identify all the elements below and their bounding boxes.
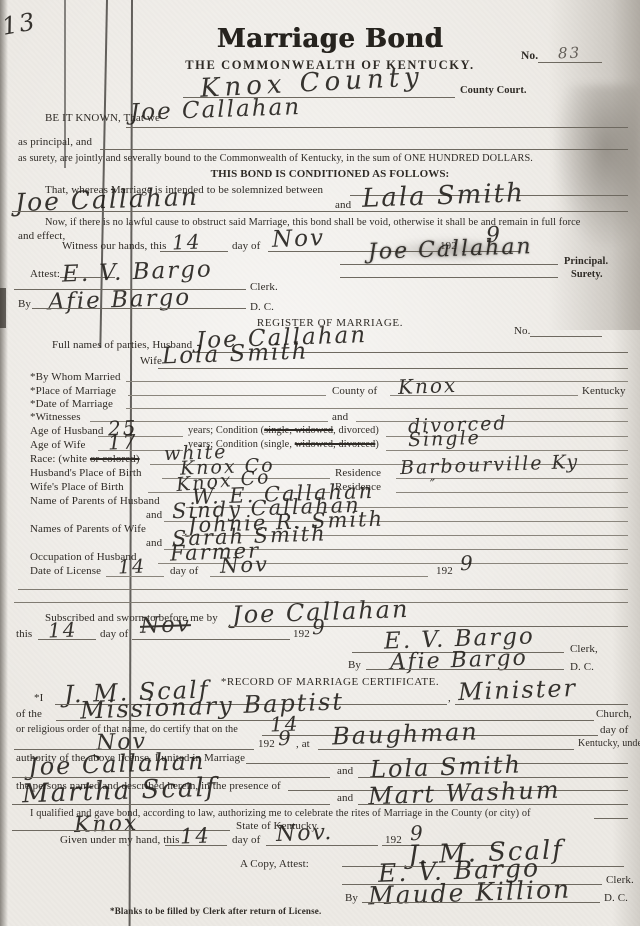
bond-no-value: 83 bbox=[558, 44, 582, 63]
given-month-written: Nov. bbox=[276, 820, 334, 847]
cert-deputy-signature: Maude Killion bbox=[368, 874, 572, 910]
cert-year-written: 9 bbox=[278, 726, 294, 750]
condition-struck: single, widowed bbox=[264, 425, 333, 436]
kentucky-label: Kentucky bbox=[582, 385, 626, 397]
given-clause: Given under my hand, this bbox=[60, 834, 180, 846]
scan-artifact bbox=[0, 0, 8, 926]
copy-attest-label: A Copy, Attest: bbox=[240, 858, 309, 870]
clerk-signature: E. V. Bargo bbox=[62, 256, 214, 287]
residence-label: Residence bbox=[335, 467, 381, 479]
underline bbox=[12, 804, 330, 805]
underline bbox=[106, 576, 164, 577]
witness-month-written: Nov bbox=[272, 225, 326, 253]
by-label: By bbox=[345, 892, 358, 904]
at-label: , at bbox=[296, 738, 310, 750]
race-prefix: Race: (white bbox=[30, 453, 90, 465]
principal-label: Principal. bbox=[564, 256, 608, 267]
of-the-label: of the bbox=[16, 708, 42, 720]
underline bbox=[362, 902, 600, 903]
underline bbox=[165, 845, 227, 846]
day-of-label: day of bbox=[170, 565, 198, 577]
license-label: Date of License bbox=[30, 565, 101, 577]
license-year-written: 9 bbox=[460, 551, 476, 575]
certificate-heading: *RECORD OF MARRIAGE CERTIFICATE. bbox=[180, 676, 480, 688]
underline bbox=[340, 264, 558, 265]
sworn-year-written: 9 bbox=[312, 615, 328, 639]
underline bbox=[390, 395, 578, 396]
register-no-label: No. bbox=[514, 325, 531, 337]
attest-label: Attest: bbox=[30, 268, 60, 280]
underline bbox=[132, 639, 290, 640]
date-of-marriage-label: *Date of Marriage bbox=[30, 398, 113, 410]
clerk-label: Clerk, bbox=[570, 643, 598, 655]
underline bbox=[340, 277, 558, 278]
church-label: Church, bbox=[596, 708, 632, 720]
day-of-label: day of bbox=[600, 724, 628, 736]
conditioned-heading: THIS BOND IS CONDITIONED AS FOLLOWS: bbox=[180, 168, 480, 180]
witness2-written: Mart Washum bbox=[368, 776, 561, 811]
cert-place-written: Baughman bbox=[332, 717, 480, 750]
witnesses-label: *Witnesses bbox=[30, 411, 81, 423]
underline bbox=[12, 211, 628, 212]
minister-title-written: Minister bbox=[458, 674, 578, 706]
underline bbox=[358, 804, 628, 805]
condition-prefix: years; Condition ( bbox=[188, 425, 264, 436]
age-husband-label: Age of Husband bbox=[30, 425, 104, 437]
underline bbox=[126, 381, 628, 382]
corner-note: 13 bbox=[0, 7, 39, 41]
wife-label: Wife bbox=[140, 355, 162, 367]
section-divider bbox=[18, 589, 628, 590]
by-label: By bbox=[18, 298, 31, 310]
day-of-label: day of bbox=[232, 834, 260, 846]
underline bbox=[266, 845, 378, 846]
year-prefix: 192 bbox=[258, 738, 275, 750]
clerk-label: Clerk. bbox=[606, 874, 634, 886]
and-label: and bbox=[146, 537, 162, 549]
license-month-written: Nov bbox=[220, 552, 270, 578]
race-label: Race: (white or colored) bbox=[30, 453, 140, 465]
deputy-signature: Afie Bargo bbox=[48, 285, 192, 316]
underline bbox=[210, 576, 428, 577]
condition-rest: ) bbox=[375, 439, 379, 450]
underline bbox=[38, 639, 96, 640]
by-label: By bbox=[348, 659, 361, 671]
bond-no-label: No. bbox=[521, 50, 538, 62]
i-label: *I bbox=[34, 692, 43, 704]
year-prefix: 192 bbox=[293, 628, 310, 640]
and-effect-label: and effect, bbox=[18, 230, 65, 242]
wife-residence-ditto: ″ bbox=[430, 477, 438, 493]
underline bbox=[594, 818, 628, 819]
surety-clause: as surety, are jointly and severally bou… bbox=[18, 153, 533, 164]
county-of-label: County of bbox=[332, 385, 377, 397]
underline bbox=[538, 62, 602, 63]
year-prefix: 192 bbox=[436, 565, 453, 577]
underline bbox=[366, 669, 564, 670]
wife-birth-label: Wife's Place of Birth bbox=[30, 481, 124, 493]
underline bbox=[126, 408, 628, 409]
underline bbox=[100, 149, 628, 150]
and-label: and bbox=[337, 765, 353, 777]
condition-struck: widowed, divorced bbox=[295, 439, 376, 450]
and-label: and bbox=[335, 199, 351, 211]
and-label: and bbox=[146, 509, 162, 521]
underline bbox=[396, 492, 628, 493]
and-label: and bbox=[337, 792, 353, 804]
husband-condition-label: years; Condition (single, widowed, divor… bbox=[188, 425, 379, 436]
race-struck: or colored) bbox=[90, 453, 140, 465]
clerk-label: Clerk. bbox=[250, 281, 278, 293]
parents-husband-label: Name of Parents of Husband bbox=[30, 495, 160, 507]
day-of-label: day of bbox=[100, 628, 128, 640]
dc-label: D. C. bbox=[570, 661, 594, 673]
age-wife-label: Age of Wife bbox=[30, 439, 85, 451]
underline bbox=[318, 749, 574, 750]
footnote: *Blanks to be filled by Clerk after retu… bbox=[110, 906, 321, 916]
surety-label: Surety. bbox=[571, 269, 603, 280]
principal-name-written: Joe Callahan bbox=[130, 94, 302, 126]
underline bbox=[530, 336, 602, 337]
underline bbox=[128, 395, 326, 396]
parents-wife-label: Names of Parents of Wife bbox=[30, 523, 146, 535]
bride-written: Lala Smith bbox=[362, 178, 526, 214]
and-label: and bbox=[332, 411, 348, 423]
underline bbox=[126, 127, 628, 128]
dc-label: D. C. bbox=[604, 892, 628, 904]
underline bbox=[56, 720, 594, 721]
page-title: Marriage Bond bbox=[180, 24, 480, 54]
scanned-marriage-bond-document: 13 Marriage Bond THE COMMONWEALTH OF KEN… bbox=[0, 0, 640, 926]
scan-artifact bbox=[612, 0, 640, 926]
by-whom-married-label: *By Whom Married bbox=[30, 371, 121, 383]
underline bbox=[160, 251, 228, 252]
wife-name-written: Lola Smith bbox=[162, 338, 309, 369]
sworn-month-written: Nov bbox=[140, 612, 192, 639]
condition-rest: , divorced) bbox=[333, 425, 379, 436]
witness-hands-label: Witness our hands, this bbox=[62, 240, 167, 252]
place-of-marriage-label: *Place of Marriage bbox=[30, 385, 116, 397]
county-court-label: County Court. bbox=[460, 85, 527, 96]
sworn-deputy-signature: Afie Bargo bbox=[390, 646, 529, 676]
scan-artifact bbox=[0, 288, 6, 328]
underline bbox=[158, 368, 628, 369]
comma: , bbox=[448, 692, 451, 704]
day-of-label: day of bbox=[232, 240, 260, 252]
dc-label: D. C. bbox=[250, 301, 274, 313]
this-label: this bbox=[16, 628, 32, 640]
underline bbox=[386, 450, 628, 451]
principal-signature: Joe Callahan bbox=[368, 234, 533, 265]
underline bbox=[455, 704, 628, 705]
husband-residence-written: Barbourville Ky bbox=[400, 451, 580, 479]
underline bbox=[32, 308, 246, 309]
kentucky-under-label: Kentucky, under bbox=[578, 738, 640, 749]
wife-condition-written: Single bbox=[408, 427, 482, 452]
husband-birth-label: Husband's Place of Birth bbox=[30, 467, 142, 479]
as-principal-label: as principal, and bbox=[18, 136, 92, 148]
